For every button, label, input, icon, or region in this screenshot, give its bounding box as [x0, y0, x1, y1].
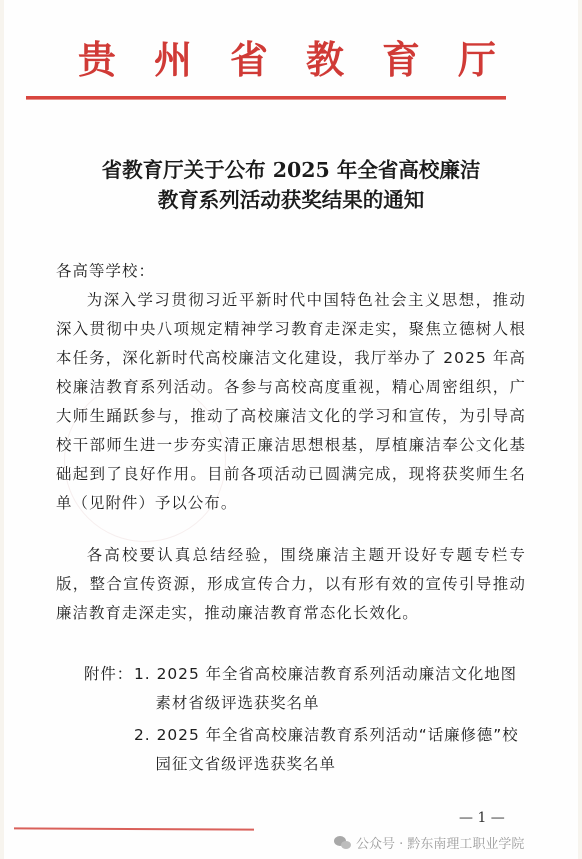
watermark: 公众号 · 黔东南理工职业学院 — [334, 833, 524, 852]
document-page: 贵州省教育厅 省教育厅关于公布 2025 年全省高校廉洁 教育系列活动获奖结果的… — [4, 0, 578, 859]
letterhead-red-rule — [26, 96, 506, 100]
document-title: 省教育厅关于公布 2025 年全省高校廉洁 教育系列活动获奖结果的通知 — [4, 155, 578, 215]
attachments-label: 附件： — [84, 660, 134, 779]
title-line-1: 省教育厅关于公布 2025 年全省高校廉洁 — [4, 155, 578, 185]
body-paragraph-1: 为深入学习贯彻习近平新时代中国特色社会主义思想，推动深入贯彻中央八项规定精神学习… — [56, 286, 526, 518]
watermark-text: 公众号 · 黔东南理工职业学院 — [356, 833, 524, 852]
page-number: — 1 — — [459, 810, 505, 826]
attachment-item-1: 1. 2025 年全省高校廉洁教育系列活动廉洁文化地图素材省级评选获奖名单 — [134, 660, 524, 718]
wechat-icon — [334, 836, 352, 850]
attachment-item-2: 2. 2025 年全省高校廉洁教育系列活动“话廉修德”校园征文省级评选获奖名单 — [134, 721, 524, 779]
footer-red-rule — [14, 827, 254, 830]
title-line-2: 教育系列活动获奖结果的通知 — [4, 185, 578, 215]
letterhead-title: 贵州省教育厅 — [4, 34, 578, 86]
attachments-section: 附件： 1. 2025 年全省高校廉洁教育系列活动廉洁文化地图素材省级评选获奖名… — [84, 660, 524, 779]
salutation: 各高等学校： — [56, 257, 526, 286]
body-paragraph-2: 各高校要认真总结经验，围绕廉洁主题开设好专题专栏专版，整合宣传资源，形成宣传合力… — [56, 541, 526, 628]
